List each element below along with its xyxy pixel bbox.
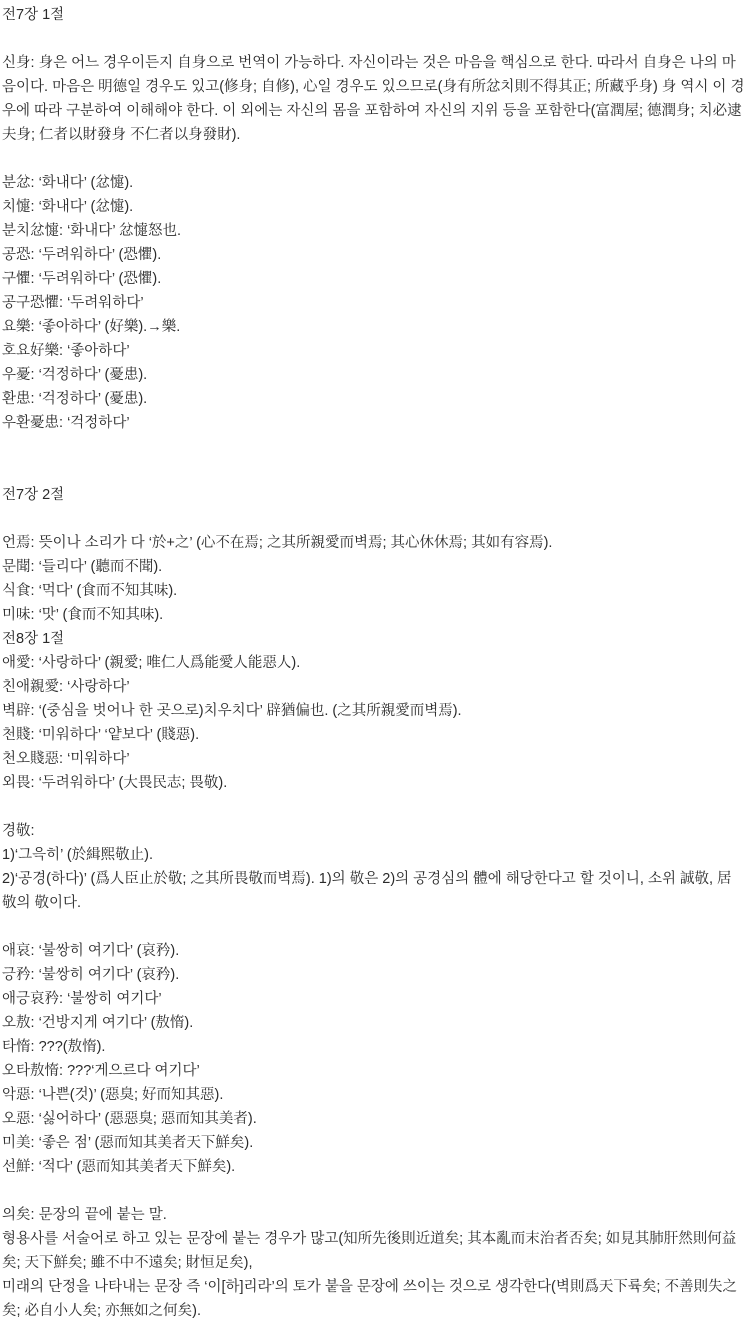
glossary-entry: 환患: ‘걱정하다’ (憂患).	[2, 387, 745, 411]
glossary-entry: 악惡: ‘나쁜(것)’ (惡臭; 好而知其惡).	[2, 1083, 745, 1107]
glossary-entry: 분忿: ‘화내다’ (忿懥).	[2, 171, 745, 195]
body-paragraph: 2)‘공경(하다)’ (爲人臣止於敬; 之其所畏敬而벽焉). 1)의 敬은 2)…	[2, 867, 745, 915]
glossary-entry: 오惡: ‘싫어하다’ (惡惡臭; 惡而知其美者).	[2, 1107, 745, 1131]
glossary-entry: 문聞: ‘들리다’ (聽而不聞).	[2, 555, 745, 579]
glossary-entry: 호요好樂: ‘좋아하다’	[2, 339, 745, 363]
glossary-entry: 경敬:	[2, 819, 745, 843]
glossary-entry: 친애親愛: ‘사랑하다’	[2, 675, 745, 699]
glossary-entry: 선鮮: ‘적다’ (惡而知其美者天下鮮矣).	[2, 1155, 745, 1179]
glossary-entry: 치懥: ‘화내다’ (忿懥).	[2, 195, 745, 219]
glossary-entry: 오敖: ‘건방지게 여기다’ (敖惰).	[2, 1011, 745, 1035]
glossary-entry: 1)‘그윽히’ (於緝熙敬止).	[2, 843, 745, 867]
glossary-entry: 애긍哀矜: ‘불쌍히 여기다’	[2, 987, 745, 1011]
body-paragraph: 형용사를 서술어로 하고 있는 문장에 붙는 경우가 많고(知所先後則近道矣; …	[2, 1227, 745, 1275]
section-heading: 전7장 1절	[2, 3, 745, 27]
glossary-entry: 분치忿懥: ‘화내다’ 忿懥怒也.	[2, 219, 745, 243]
section-heading: 전8장 1절	[2, 627, 745, 651]
glossary-entry: 긍矜: ‘불쌍히 여기다’ (哀矜).	[2, 963, 745, 987]
glossary-entry: 애愛: ‘사랑하다’ (親愛; 唯仁人爲能愛人能惡人).	[2, 651, 745, 675]
glossary-entry: 공구恐懼: ‘두려워하다’	[2, 291, 745, 315]
glossary-entry: 언焉: 뜻이나 소리가 다 ‘於+之’ (心不在焉; 之其所親愛而벽焉; 其心休…	[2, 531, 745, 555]
glossary-entry: 애哀: ‘불쌍히 여기다’ (哀矜).	[2, 939, 745, 963]
glossary-entry: 타惰: ???(敖惰).	[2, 1035, 745, 1059]
glossary-entry: 요樂: ‘좋아하다’ (好樂).→樂.	[2, 315, 745, 339]
body-paragraph: 신身: 身은 어느 경우이든지 自身으로 번역이 가능하다. 자신이라는 것은 …	[2, 51, 745, 147]
document-body: 전7장 1절신身: 身은 어느 경우이든지 自身으로 번역이 가능하다. 자신이…	[0, 0, 747, 1335]
body-paragraph: 미래의 단정을 나타내는 문장 즉 ‘이[하]리라’의 토가 붙을 문장에 쓰이…	[2, 1275, 745, 1323]
glossary-entry: 외畏: ‘두려워하다’ (大畏民志; 畏敬).	[2, 771, 745, 795]
glossary-entry: 오타敖惰: ???‘게으르다 여기다’	[2, 1059, 745, 1083]
glossary-entry: 미美: ‘좋은 점’ (惡而知其美者天下鮮矣).	[2, 1131, 745, 1155]
glossary-entry: 미味: ‘맛’ (食而不知其味).	[2, 603, 745, 627]
glossary-entry: 공恐: ‘두려워하다’ (恐懼).	[2, 243, 745, 267]
glossary-entry: 천賤: ‘미워하다’ ‘얕보다’ (賤惡).	[2, 723, 745, 747]
glossary-entry: 구懼: ‘두려워하다’ (恐懼).	[2, 267, 745, 291]
glossary-entry: 우憂: ‘걱정하다’ (憂患).	[2, 363, 745, 387]
glossary-entry: 의矣: 문장의 끝에 붙는 말.	[2, 1203, 745, 1227]
section-heading: 전7장 2절	[2, 483, 745, 507]
glossary-entry: 벽辟: ‘(중심을 벗어나 한 곳으로)치우치다’ 辟猶偏也. (之其所親愛而벽…	[2, 699, 745, 723]
glossary-entry: 우환憂患: ‘걱정하다’	[2, 411, 745, 435]
glossary-entry: 식食: ‘먹다’ (食而不知其味).	[2, 579, 745, 603]
glossary-entry: 천오賤惡: ‘미워하다’	[2, 747, 745, 771]
